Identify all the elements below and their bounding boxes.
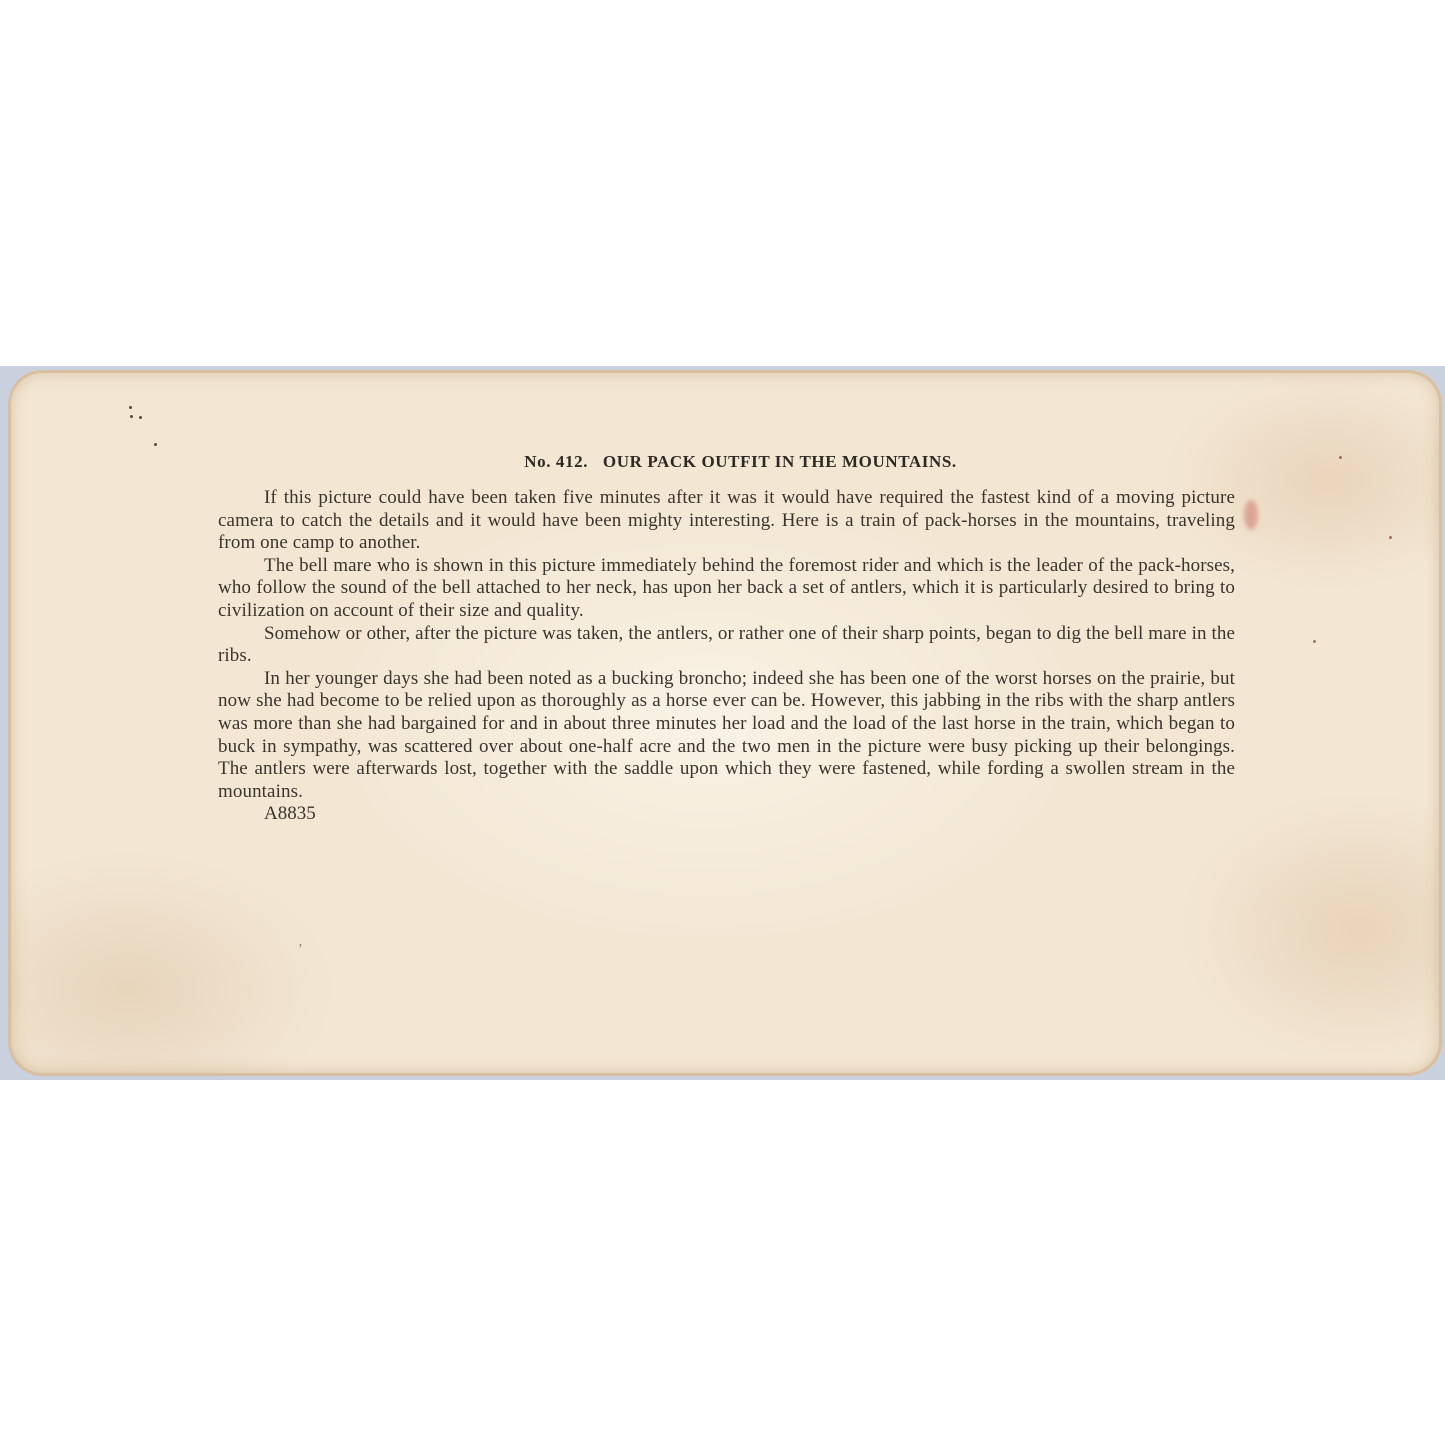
card-heading: No. 412. OUR PACK OUTFIT IN THE MOUNTAIN… <box>218 452 1235 472</box>
foxing-spot <box>154 443 157 446</box>
pink-stain <box>1244 500 1258 530</box>
paragraph-4: In her younger days she had been noted a… <box>218 668 1235 804</box>
paragraph-3: Somehow or other, after the picture was … <box>218 623 1235 668</box>
foxing-spot <box>1313 640 1316 643</box>
catalog-code: A8835 <box>218 803 1235 825</box>
foxing-spot <box>139 416 142 419</box>
pencil-mark: ’ <box>298 942 303 958</box>
card-text-block: No. 412. OUR PACK OUTFIT IN THE MOUNTAIN… <box>218 452 1235 825</box>
foxing-spot <box>129 406 132 409</box>
foxing-spot <box>1389 536 1392 539</box>
card-number: No. 412. <box>524 452 588 471</box>
foxing-spot <box>1339 456 1342 459</box>
paragraph-1: If this picture could have been taken fi… <box>218 487 1235 555</box>
foxing-spot <box>130 415 133 418</box>
card-title: OUR PACK OUTFIT IN THE MOUNTAINS. <box>603 452 957 471</box>
paragraph-2: The bell mare who is shown in this pictu… <box>218 555 1235 623</box>
